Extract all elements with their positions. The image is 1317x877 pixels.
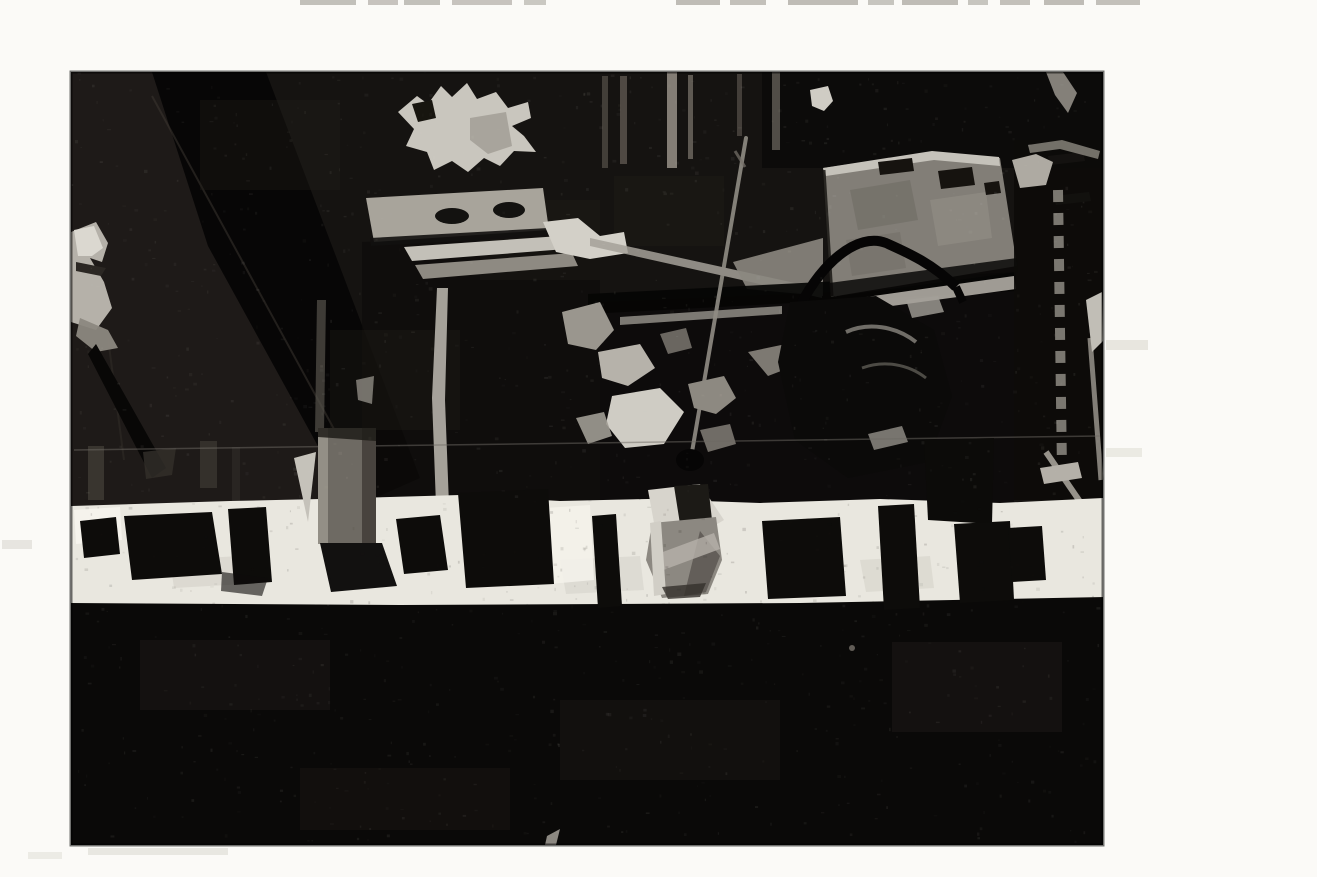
grain-speck [465,419,467,420]
margin-smudge-right [1106,340,1148,350]
grain-speck [1017,367,1020,370]
grain-speck [1036,588,1040,591]
grain-speck [192,503,195,505]
grain-speck [1053,311,1055,312]
grain-speck [804,822,807,824]
grain-speck [599,646,601,648]
grain-speck [181,746,183,748]
grain-speck [427,573,430,576]
grain-speck [234,684,236,687]
grain-speck [297,506,300,509]
grain-speck [564,179,568,182]
grain-speck [1086,698,1089,701]
grain-speck [788,251,791,253]
grain-speck [942,465,944,466]
grain-speck [782,636,786,637]
grain-speck [748,415,751,417]
grain-speck [718,573,722,575]
grain-speck [325,486,329,489]
grain-speck [561,276,564,278]
grain-speck [114,409,116,410]
grain-speck [900,465,901,468]
grain-speck [342,368,346,369]
grain-speck [251,709,252,712]
grain-speck [951,525,954,528]
grain-speck [940,402,942,404]
grain-speck [836,738,839,739]
grain-speck [1050,697,1053,700]
grain-speck [581,291,583,293]
grain-speck [895,229,898,231]
shelf-hole [435,208,469,224]
grain-speck [976,782,979,785]
grain-speck [436,609,438,611]
grain-speck [463,815,466,817]
grain-speck [330,823,334,824]
grain-speck [299,658,303,660]
grain-speck [808,447,812,448]
grain-speck [659,795,661,798]
grain-speck [552,222,553,225]
grain-speck [314,752,316,754]
grain-speck [722,188,724,191]
grain-speck [608,479,609,481]
grain-speck [999,471,1001,473]
grain-speck [115,531,117,533]
grain-speck [691,167,695,170]
grain-speck [384,458,388,461]
grain-speck [709,489,710,492]
grain-speck [549,743,552,746]
grain-speck [1082,577,1084,579]
grain-speck [891,140,893,142]
grain-speck [670,660,673,664]
grain-speck [981,385,984,388]
grain-speck [91,665,95,668]
grain-speck [800,398,801,400]
grain-speck [922,441,925,444]
grain-speck [584,430,586,433]
grain-speck [512,332,516,334]
grain-speck [702,517,705,520]
grain-speck [270,530,273,532]
grain-speck [850,833,853,836]
grain-speck [935,425,938,427]
grain-speck [555,461,557,464]
grain-speck [647,507,651,508]
grain-speck [229,703,232,705]
grain-speck [745,390,746,392]
grain-speck [590,101,593,103]
grain-speck [472,252,475,254]
grain-speck [985,107,988,109]
grain-speck [346,477,348,479]
grain-speck [678,812,680,814]
grain-speck [841,682,845,685]
grain-speck [586,375,588,377]
grain-speck [630,76,631,79]
grain-speck [624,514,626,517]
grain-speck [555,588,556,591]
grain-speck [385,351,387,353]
grain-speck [731,562,734,564]
grain-speck [1073,110,1077,111]
grain-speck [129,228,132,231]
grain-speck [527,833,529,834]
grain-speck [307,369,309,373]
grain-speck [977,833,979,836]
grain-speck [915,367,918,370]
grain-speck [837,775,841,778]
grain-speck [322,412,324,415]
top-text-remnant [868,0,894,5]
grain-speck [950,210,952,212]
grain-speck [969,442,972,444]
grain-speck [965,456,969,459]
grain-speck [363,131,366,134]
grain-speck [627,588,628,590]
grain-speck [666,574,670,575]
grain-speck [1083,202,1085,204]
grain-speck [329,687,330,690]
grain-speck [280,790,283,792]
grain-speck [639,499,641,500]
grain-speck [391,77,393,79]
grain-speck [964,785,967,788]
grain-speck [632,552,636,555]
grain-speck [709,766,711,768]
grain-speck [1088,427,1091,429]
grain-speck [91,513,92,516]
grain-speck [767,251,771,252]
grain-speck [562,161,565,164]
grain-speck [364,781,366,784]
grain-speck [1079,494,1081,496]
grain-speck [500,688,504,691]
grain-speck [1093,582,1095,584]
grain-speck [731,157,735,160]
grain-speck [842,389,845,390]
grain-speck [299,495,301,498]
grain-speck [1038,305,1041,308]
grain-speck [534,784,536,785]
grain-speck [965,314,967,317]
grain-speck [668,602,670,604]
grain-speck [881,780,883,783]
grain-speck [345,790,349,791]
grain-speck [557,576,559,578]
grain-speck [909,712,911,714]
small-glint [356,376,374,404]
grain-speck [393,701,396,702]
grain-speck [907,630,911,631]
grain-speck [135,807,137,808]
grain-speck [675,162,679,165]
grain-speck [332,76,334,78]
grain-speck [173,387,176,389]
top-text-remnant [368,0,398,5]
grain-speck [745,591,747,594]
grain-speck [1034,99,1035,101]
grain-speck [384,333,388,336]
grain-speck [898,591,900,594]
grain-speck [398,699,402,701]
grain-speck [843,150,845,153]
grain-speck [281,696,284,699]
grain-speck [980,827,983,830]
grain-speck [554,564,558,567]
grain-speck [238,791,241,794]
grain-speck [144,170,148,173]
grain-speck [334,709,336,712]
grain-speck [492,824,494,827]
grain-speck [555,647,558,649]
grain-speck [204,714,208,717]
grain-speck [665,566,668,569]
grain-speck [643,412,647,415]
grain-speck [837,544,840,546]
grain-speck [774,684,775,685]
grain-speck [980,561,983,564]
grain-speck [1094,760,1097,763]
grain-speck [948,467,952,468]
grain-speck [423,743,426,746]
dark-above-band [924,438,994,524]
grain-speck [853,697,854,700]
grain-speck [703,130,706,133]
grain-speck [224,155,227,157]
grain-speck [521,148,522,150]
grain-speck [637,249,640,252]
grain-speck [517,310,519,313]
grain-speck [962,213,963,216]
rod-base-blob [676,449,704,471]
grain-speck [438,813,441,815]
grain-speck [576,424,577,425]
grain-speck [792,385,793,388]
grain-speck [618,109,621,111]
grain-speck [92,284,93,287]
grain-speck [778,109,781,112]
grain-speck [566,214,570,215]
grain-speck [1001,511,1003,512]
grain-speck [174,263,177,266]
grain-speck [84,656,87,659]
grain-speck [80,411,82,415]
grain-speck [975,212,978,215]
grain-speck [360,147,362,148]
grain-speck [646,541,648,542]
grain-speck [720,394,722,396]
grain-speck [287,132,290,133]
grain-speck [108,646,109,649]
grain-speck [753,618,755,621]
grain-speck [824,142,827,144]
grain-speck [281,339,285,341]
grain-speck [915,841,916,844]
grain-speck [236,113,237,116]
grain-speck [686,466,689,468]
grain-speck [360,649,361,651]
grain-speck [958,219,962,221]
grain-speck [693,141,697,143]
grain-speck [988,314,992,317]
grain-speck [842,629,843,630]
book-spine [688,75,693,159]
grain-speck [965,107,967,109]
grain-speck [809,142,812,145]
grain-speck [751,659,752,661]
grain-speck [443,508,447,511]
grain-speck [908,138,911,141]
grain-speck [599,126,602,129]
grain-speck [550,710,554,713]
grain-speck [896,736,898,737]
grain-speck [905,660,908,662]
grain-speck [147,797,148,800]
grain-speck [497,681,498,683]
grain-speck [675,101,676,104]
grain-speck [379,189,382,191]
margin-smudge-bottom [28,852,62,859]
grain-speck [755,806,758,808]
grain-speck [242,158,245,160]
grain-speck [339,168,340,171]
grain-speck [287,569,289,571]
grain-speck [231,400,234,403]
grain-speck [515,385,518,387]
grain-speck [202,547,205,549]
grain-speck [257,506,260,509]
grain-speck [324,607,328,608]
grain-speck [924,544,927,546]
grain-speck [882,148,885,150]
grain-speck [166,415,169,417]
grain-speck [622,679,624,682]
grain-speck [216,769,218,771]
grain-speck [365,772,367,774]
grain-speck [344,216,347,217]
grain-speck [139,518,141,519]
grain-speck [925,337,928,339]
grain-speck [475,810,478,811]
grain-speck [326,373,330,376]
grain-speck [262,300,266,302]
grain-speck [952,669,956,672]
grain-speck [956,219,957,221]
grain-speck [860,247,863,250]
grain-speck [849,192,850,193]
grain-speck [400,637,403,639]
grain-speck [1054,334,1055,337]
grain-speck [410,416,412,417]
grain-speck [898,142,899,145]
grain-speck [697,661,701,664]
grain-speck [705,157,709,160]
grain-speck [828,523,832,526]
grain-speck [646,594,648,597]
grain-speck [626,830,628,833]
grain-speck [429,94,432,97]
grain-speck [928,643,931,644]
grain-speck [449,565,451,567]
grain-speck [83,427,86,430]
grain-speck [750,359,754,361]
grain-speck [350,600,353,603]
grain-speck [815,330,817,332]
grain-speck [437,349,438,351]
grain-speck [738,127,742,128]
grain-speck [243,271,245,274]
case-slot [984,181,1001,195]
grain-speck [225,718,227,719]
grain-speck [651,87,653,89]
grain-speck [84,784,86,786]
grain-speck [1030,376,1033,378]
grain-speck [906,108,909,110]
grain-speck [789,521,792,524]
grain-speck [827,125,829,128]
grain-speck [872,601,874,603]
grain-speck [494,677,498,680]
grain-speck [602,340,604,343]
grain-speck [381,218,384,220]
grain-speck [379,561,380,564]
grain-speck [502,385,505,387]
grain-speck [76,348,79,351]
grain-speck [486,744,490,746]
grain-speck [91,268,92,269]
grain-speck [214,105,217,107]
grain-speck [486,154,488,156]
grain-speck [723,748,727,750]
grain-speck [384,679,386,682]
grain-speck [270,167,272,170]
grain-speck [959,676,961,678]
grain-speck [296,695,297,697]
grain-speck [804,459,807,460]
grain-speck [897,458,901,460]
grain-speck [258,699,259,701]
grain-speck [747,366,748,367]
grain-speck [345,654,348,656]
grain-speck [141,491,144,492]
grain-speck [655,634,658,636]
grain-speck [1022,601,1024,604]
grain-speck [328,578,330,581]
grain-speck [121,657,122,661]
grain-speck [443,778,446,780]
grain-speck [384,340,386,343]
grain-speck [1058,751,1060,752]
scanned-document-page [0,0,1317,877]
grain-speck [297,699,298,701]
grain-speck [1075,841,1077,843]
grain-speck [583,93,585,95]
grain-speck [876,567,878,570]
grain-speck [217,97,220,99]
grain-speck [164,210,167,212]
grain-speck [586,245,587,248]
grain-speck [430,113,433,117]
grain-speck [937,563,939,566]
grain-speck [828,485,831,488]
grain-speck [658,119,661,121]
grain-speck [382,540,385,541]
grain-speck [255,212,257,215]
grain-speck [294,795,297,797]
grain-speck [920,140,922,143]
